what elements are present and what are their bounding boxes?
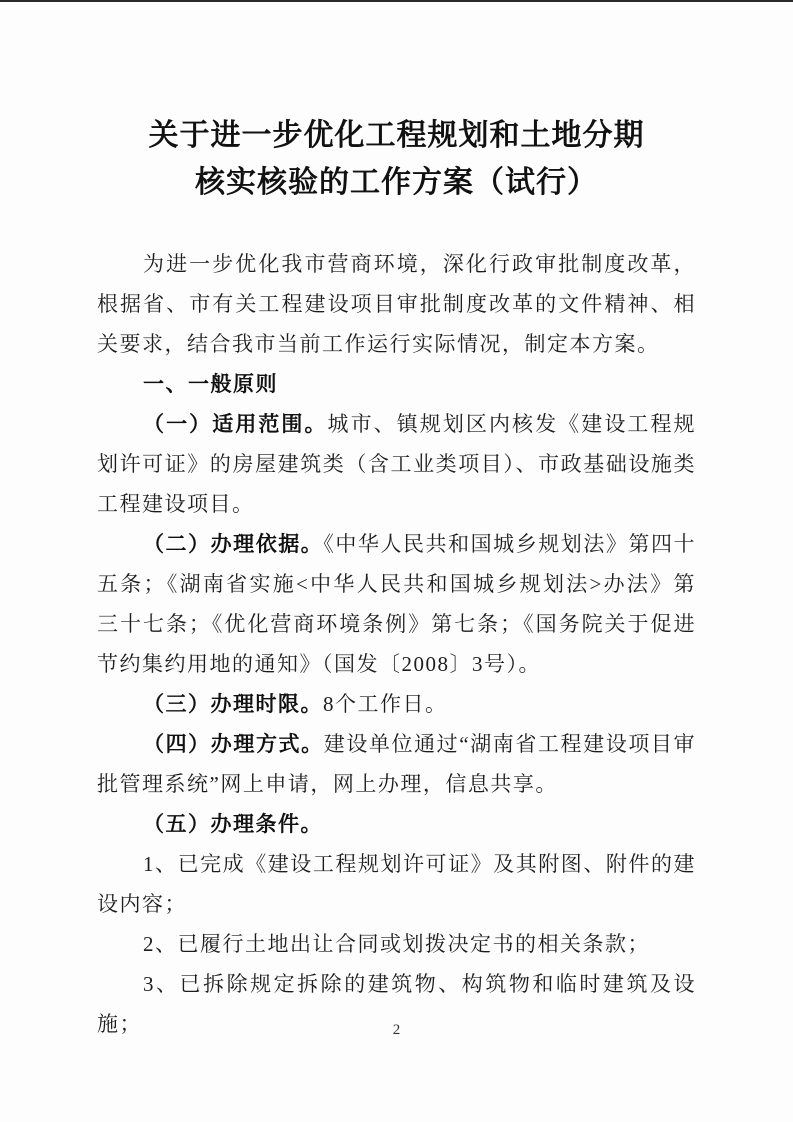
paragraph-item-5: （五）办理条件。 xyxy=(97,804,696,844)
paragraph-text: 为进一步优化我市营商环境，深化行政审批制度改革，根据省、市有关工程建设项目审批制… xyxy=(97,252,696,356)
document-title-line-1: 关于进一步优化工程规划和土地分期 xyxy=(0,112,793,159)
page-number: 2 xyxy=(0,1022,793,1039)
paragraph-text: 8个工作日。 xyxy=(323,692,448,716)
paragraph-intro: 为进一步优化我市营商环境，深化行政审批制度改革，根据省、市有关工程建设项目审批制… xyxy=(97,244,696,364)
paragraph-item-1: （一）适用范围。城市、镇规划区内核发《建设工程规划许可证》的房屋建筑类（含工业类… xyxy=(97,404,696,524)
document-title: 关于进一步优化工程规划和土地分期 核实核验的工作方案（试行） xyxy=(0,0,793,206)
paragraph-numbered-1: 1、已完成《建设工程规划许可证》及其附图、附件的建设内容； xyxy=(97,844,696,924)
paragraph-bold-label: （一）适用范围。 xyxy=(143,412,328,436)
paragraph-item-3: （三）办理时限。8个工作日。 xyxy=(97,684,696,724)
paragraph-numbered-2: 2、已履行土地出让合同或划拨决定书的相关条款； xyxy=(97,924,696,964)
paragraph-bold-label: （三）办理时限。 xyxy=(143,692,323,716)
paragraph-text: 2、已履行土地出让合同或划拨决定书的相关条款； xyxy=(143,932,650,956)
paragraph-heading-1: 一、一般原则 xyxy=(97,364,696,404)
paragraph-bold-label: （五）办理条件。 xyxy=(143,812,323,836)
paragraph-item-4: （四）办理方式。建设单位通过“湖南省工程建设项目审批管理系统”网上申请，网上办理… xyxy=(97,724,696,804)
document-body: 为进一步优化我市营商环境，深化行政审批制度改革，根据省、市有关工程建设项目审批制… xyxy=(97,244,696,1044)
paragraph-bold-label: （四）办理方式。 xyxy=(143,732,324,756)
paragraph-bold-label: （二）办理依据。 xyxy=(143,532,323,556)
paragraph-text: 1、已完成《建设工程规划许可证》及其附图、附件的建设内容； xyxy=(97,852,696,916)
scan-top-edge-line xyxy=(0,0,793,2)
document-page: 关于进一步优化工程规划和土地分期 核实核验的工作方案（试行） 为进一步优化我市营… xyxy=(0,0,793,1122)
document-title-line-2: 核实核验的工作方案（试行） xyxy=(0,159,793,206)
paragraph-item-2: （二）办理依据。《中华人民共和国城乡规划法》第四十五条；《湖南省实施<中华人民共… xyxy=(97,524,696,684)
paragraph-bold-label: 一、一般原则 xyxy=(143,372,278,396)
